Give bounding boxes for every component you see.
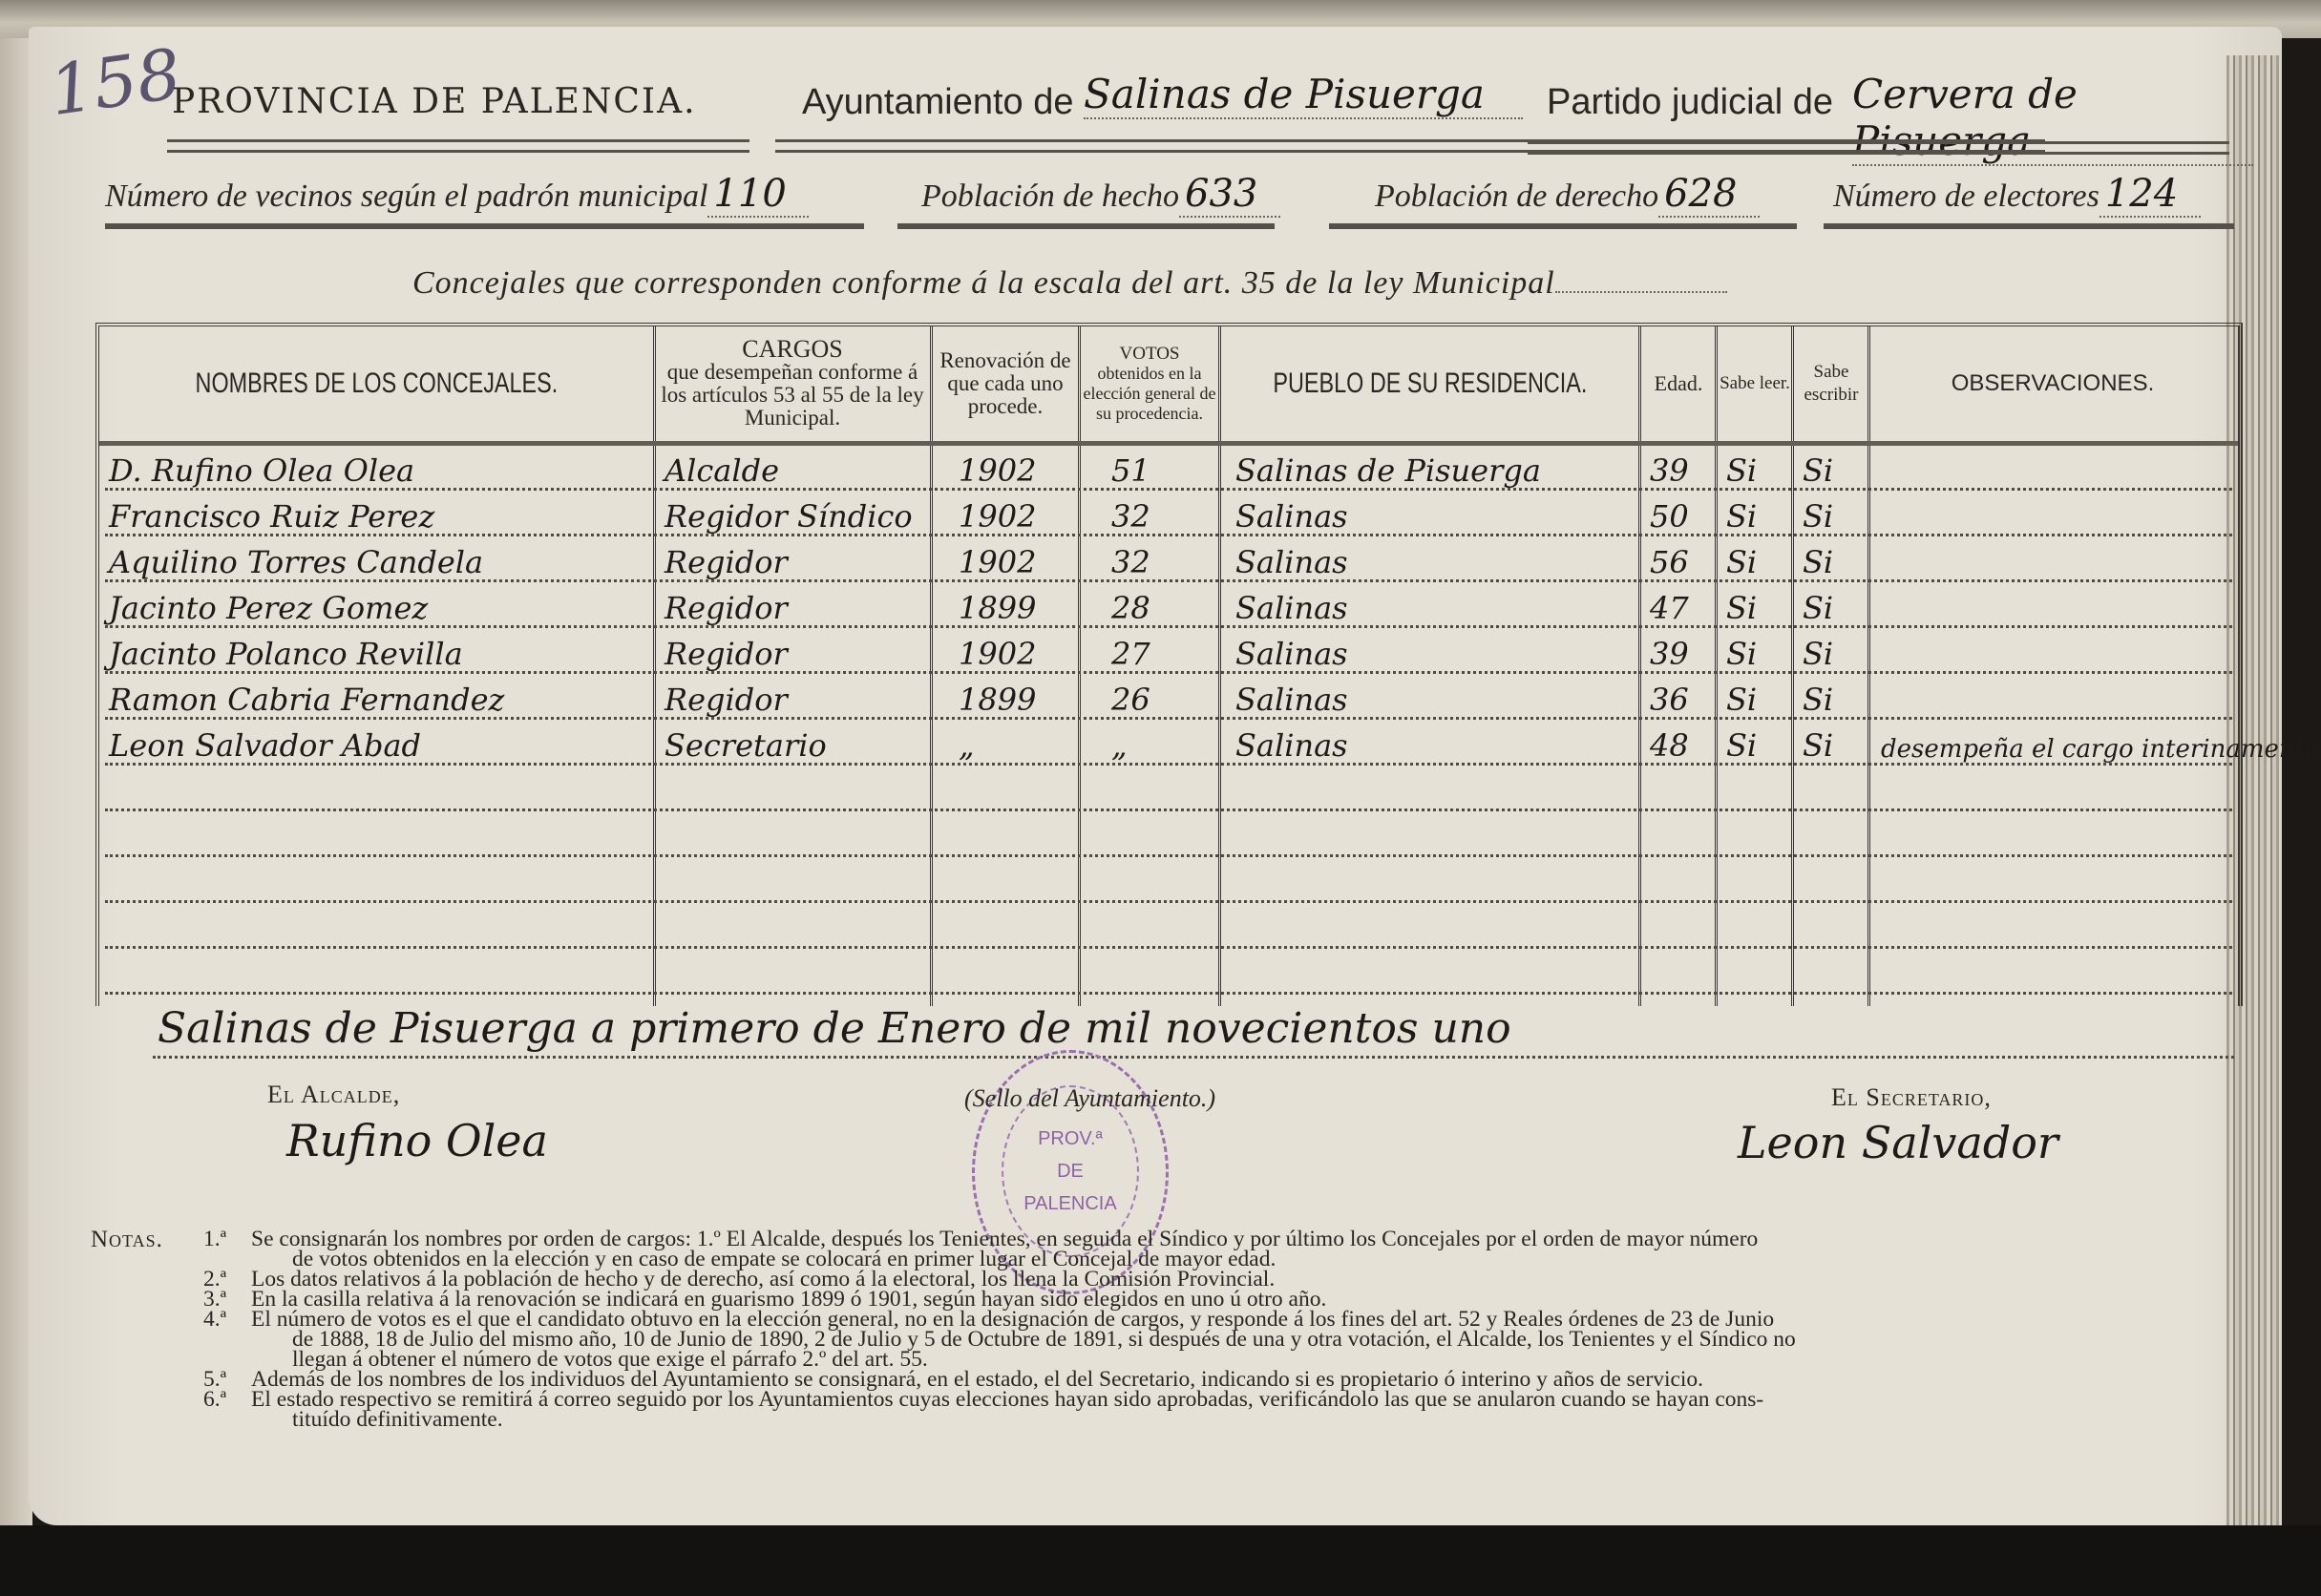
header-votos: VOTOSobtenidos en la elección general de… (1082, 326, 1217, 441)
cell-votos: 26 (1111, 682, 1150, 718)
cell-leer: Si (1726, 590, 1757, 626)
secretario-label: El Secretario, (1831, 1083, 1992, 1112)
cell-edad: 50 (1650, 498, 1689, 535)
cell-escribir: Si (1803, 452, 1833, 489)
cell-votos: 27 (1111, 636, 1150, 672)
cell-renovacion: 1902 (959, 544, 1036, 580)
cell-escribir: Si (1803, 682, 1833, 718)
cell-renovacion: 1899 (959, 682, 1036, 718)
header-pueblo: PUEBLO DE SU RESIDENCIA. (1222, 326, 1638, 441)
table-row (99, 860, 2238, 903)
cell-pueblo: Salinas (1235, 590, 1348, 626)
table-row (99, 768, 2238, 811)
cell-cargo: Regidor (665, 636, 788, 672)
cell-renovacion: 1902 (959, 452, 1036, 489)
derecho-field: Población de derecho628 (1375, 172, 1760, 218)
cell-escribir: Si (1803, 727, 1833, 764)
electores-field: Número de electores124 (1833, 172, 2201, 218)
cell-escribir: Si (1803, 544, 1833, 580)
header-sabe-leer: Sabe leer. (1719, 326, 1791, 441)
table-row: Jacinto Perez GomezRegidor189928Salinas4… (99, 585, 2238, 628)
ayuntamiento-value: Salinas de Pisuerga (1084, 71, 1523, 119)
table-row: Aquilino Torres CandelaRegidor190232Sali… (99, 539, 2238, 582)
partido-label: Partido judicial de (1547, 82, 1833, 123)
header-rule (1528, 141, 2229, 155)
header-sabe-escribir: Sabe escribir (1795, 326, 1867, 441)
province-title: PROVINCIA DE PALENCIA. (172, 82, 697, 121)
header-cargos: CARGOSque desempeñan conforme á los artí… (657, 326, 928, 441)
cell-escribir: Si (1803, 636, 1833, 672)
table-row (99, 906, 2238, 949)
ayuntamiento-label: Ayuntamiento de (802, 82, 1074, 123)
cell-nombre: Aquilino Torres Candela (109, 544, 483, 580)
cell-pueblo: Salinas (1235, 682, 1348, 718)
header-rule (99, 441, 2238, 446)
cell-escribir: Si (1803, 498, 1833, 535)
book-binding-left (0, 0, 32, 1596)
cell-votos: „ (1111, 727, 1128, 764)
secretario-signature: Leon Salvador (1738, 1117, 2058, 1168)
cell-nombre: Ramon Cabria Fernandez (109, 682, 504, 718)
vecinos-value: 110 (707, 172, 809, 218)
place-date-line: Salinas de Pisuerga a primero de Enero d… (158, 1004, 1511, 1053)
table-row: D. Rufino Olea OleaAlcalde190251Salinas … (99, 448, 2238, 491)
cell-votos: 28 (1111, 590, 1150, 626)
hecho-field: Población de hecho633 (921, 172, 1280, 218)
stats-rule (105, 223, 864, 229)
electores-value: 124 (2099, 172, 2201, 218)
stats-row: Número de vecinos según el padrón munici… (105, 172, 2234, 229)
note-item: 4.ªEl número de votos es el que el candi… (203, 1310, 1796, 1370)
header-observaciones: OBSERVACIONES. (1871, 326, 2234, 441)
cell-votos: 32 (1111, 544, 1150, 580)
cell-pueblo: Salinas (1235, 727, 1348, 764)
cell-nombre: Leon Salvador Abad (109, 727, 421, 764)
hecho-value: 633 (1179, 172, 1280, 218)
header-row: PROVINCIA DE PALENCIA. Ayuntamiento de S… (105, 78, 2234, 136)
stats-rule (1824, 223, 2234, 229)
alcalde-signature: Rufino Olea (286, 1115, 548, 1166)
place-date-rule (153, 1056, 2234, 1059)
cell-edad: 56 (1650, 544, 1689, 580)
cell-nombre: Jacinto Perez Gomez (109, 590, 428, 626)
cell-edad: 36 (1650, 682, 1689, 718)
table-row (99, 952, 2238, 995)
cell-leer: Si (1726, 498, 1757, 535)
cell-cargo: Secretario (665, 727, 827, 764)
note-item: 1.ªSe consignarán los nombres por orden … (203, 1229, 1758, 1270)
cell-obs: desempeña el cargo interinamente 17 años (1881, 735, 2321, 764)
cell-renovacion: „ (959, 727, 975, 764)
alcalde-label: El Alcalde, (267, 1081, 400, 1109)
cell-nombre: Francisco Ruiz Perez (109, 498, 434, 535)
cell-edad: 39 (1650, 452, 1689, 489)
cell-escribir: Si (1803, 590, 1833, 626)
header-rule (167, 139, 749, 153)
cell-edad: 48 (1650, 727, 1689, 764)
cell-pueblo: Salinas de Pisuerga (1235, 452, 1541, 489)
cell-pueblo: Salinas (1235, 544, 1348, 580)
derecho-value: 628 (1658, 172, 1760, 218)
cell-edad: 39 (1650, 636, 1689, 672)
cell-nombre: D. Rufino Olea Olea (109, 452, 414, 489)
table-row: Francisco Ruiz PerezRegidor Síndico19023… (99, 493, 2238, 536)
cell-cargo: Regidor (665, 544, 788, 580)
stats-rule (1329, 223, 1797, 229)
cell-leer: Si (1726, 682, 1757, 718)
table-row (99, 814, 2238, 857)
table-row: Leon Salvador AbadSecretario„„Salinas48S… (99, 723, 2238, 766)
scanner-background (0, 1525, 2321, 1596)
cell-renovacion: 1899 (959, 590, 1036, 626)
cell-cargo: Regidor (665, 682, 788, 718)
sello-label: (Sello del Ayuntamiento.) (964, 1084, 1215, 1113)
cell-leer: Si (1726, 452, 1757, 489)
cell-leer: Si (1726, 636, 1757, 672)
cell-votos: 32 (1111, 498, 1150, 535)
vecinos-field: Número de vecinos según el padrón munici… (105, 172, 809, 218)
concejales-table: NOMBRES DE LOS CONCEJALES. CARGOSque des… (95, 323, 2243, 1006)
cell-leer: Si (1726, 727, 1757, 764)
header-renovacion: Renovación de que cada uno procede. (934, 326, 1077, 441)
cell-cargo: Alcalde (665, 452, 779, 489)
cell-pueblo: Salinas (1235, 498, 1348, 535)
header-edad: Edad. (1642, 326, 1715, 441)
notes-label: Notas. (91, 1229, 163, 1249)
cell-pueblo: Salinas (1235, 636, 1348, 672)
table-row: Ramon Cabria FernandezRegidor189926Salin… (99, 677, 2238, 720)
cell-renovacion: 1902 (959, 636, 1036, 672)
cell-leer: Si (1726, 544, 1757, 580)
table-row: Jacinto Polanco RevillaRegidor190227Sali… (99, 631, 2238, 674)
header-nombres: NOMBRES DE LOS CONCEJALES. (99, 326, 653, 441)
stats-rule (897, 223, 1275, 229)
cell-votos: 51 (1111, 452, 1150, 489)
cell-renovacion: 1902 (959, 498, 1036, 535)
cell-cargo: Regidor Síndico (665, 498, 913, 535)
note-item: 6.ªEl estado respectivo se remitirá á co… (203, 1390, 1763, 1430)
cell-nombre: Jacinto Polanco Revilla (109, 636, 463, 672)
concejales-line: Concejales que corresponden conforme á l… (412, 265, 1727, 302)
cell-cargo: Regidor (665, 590, 788, 626)
cell-edad: 47 (1650, 590, 1689, 626)
